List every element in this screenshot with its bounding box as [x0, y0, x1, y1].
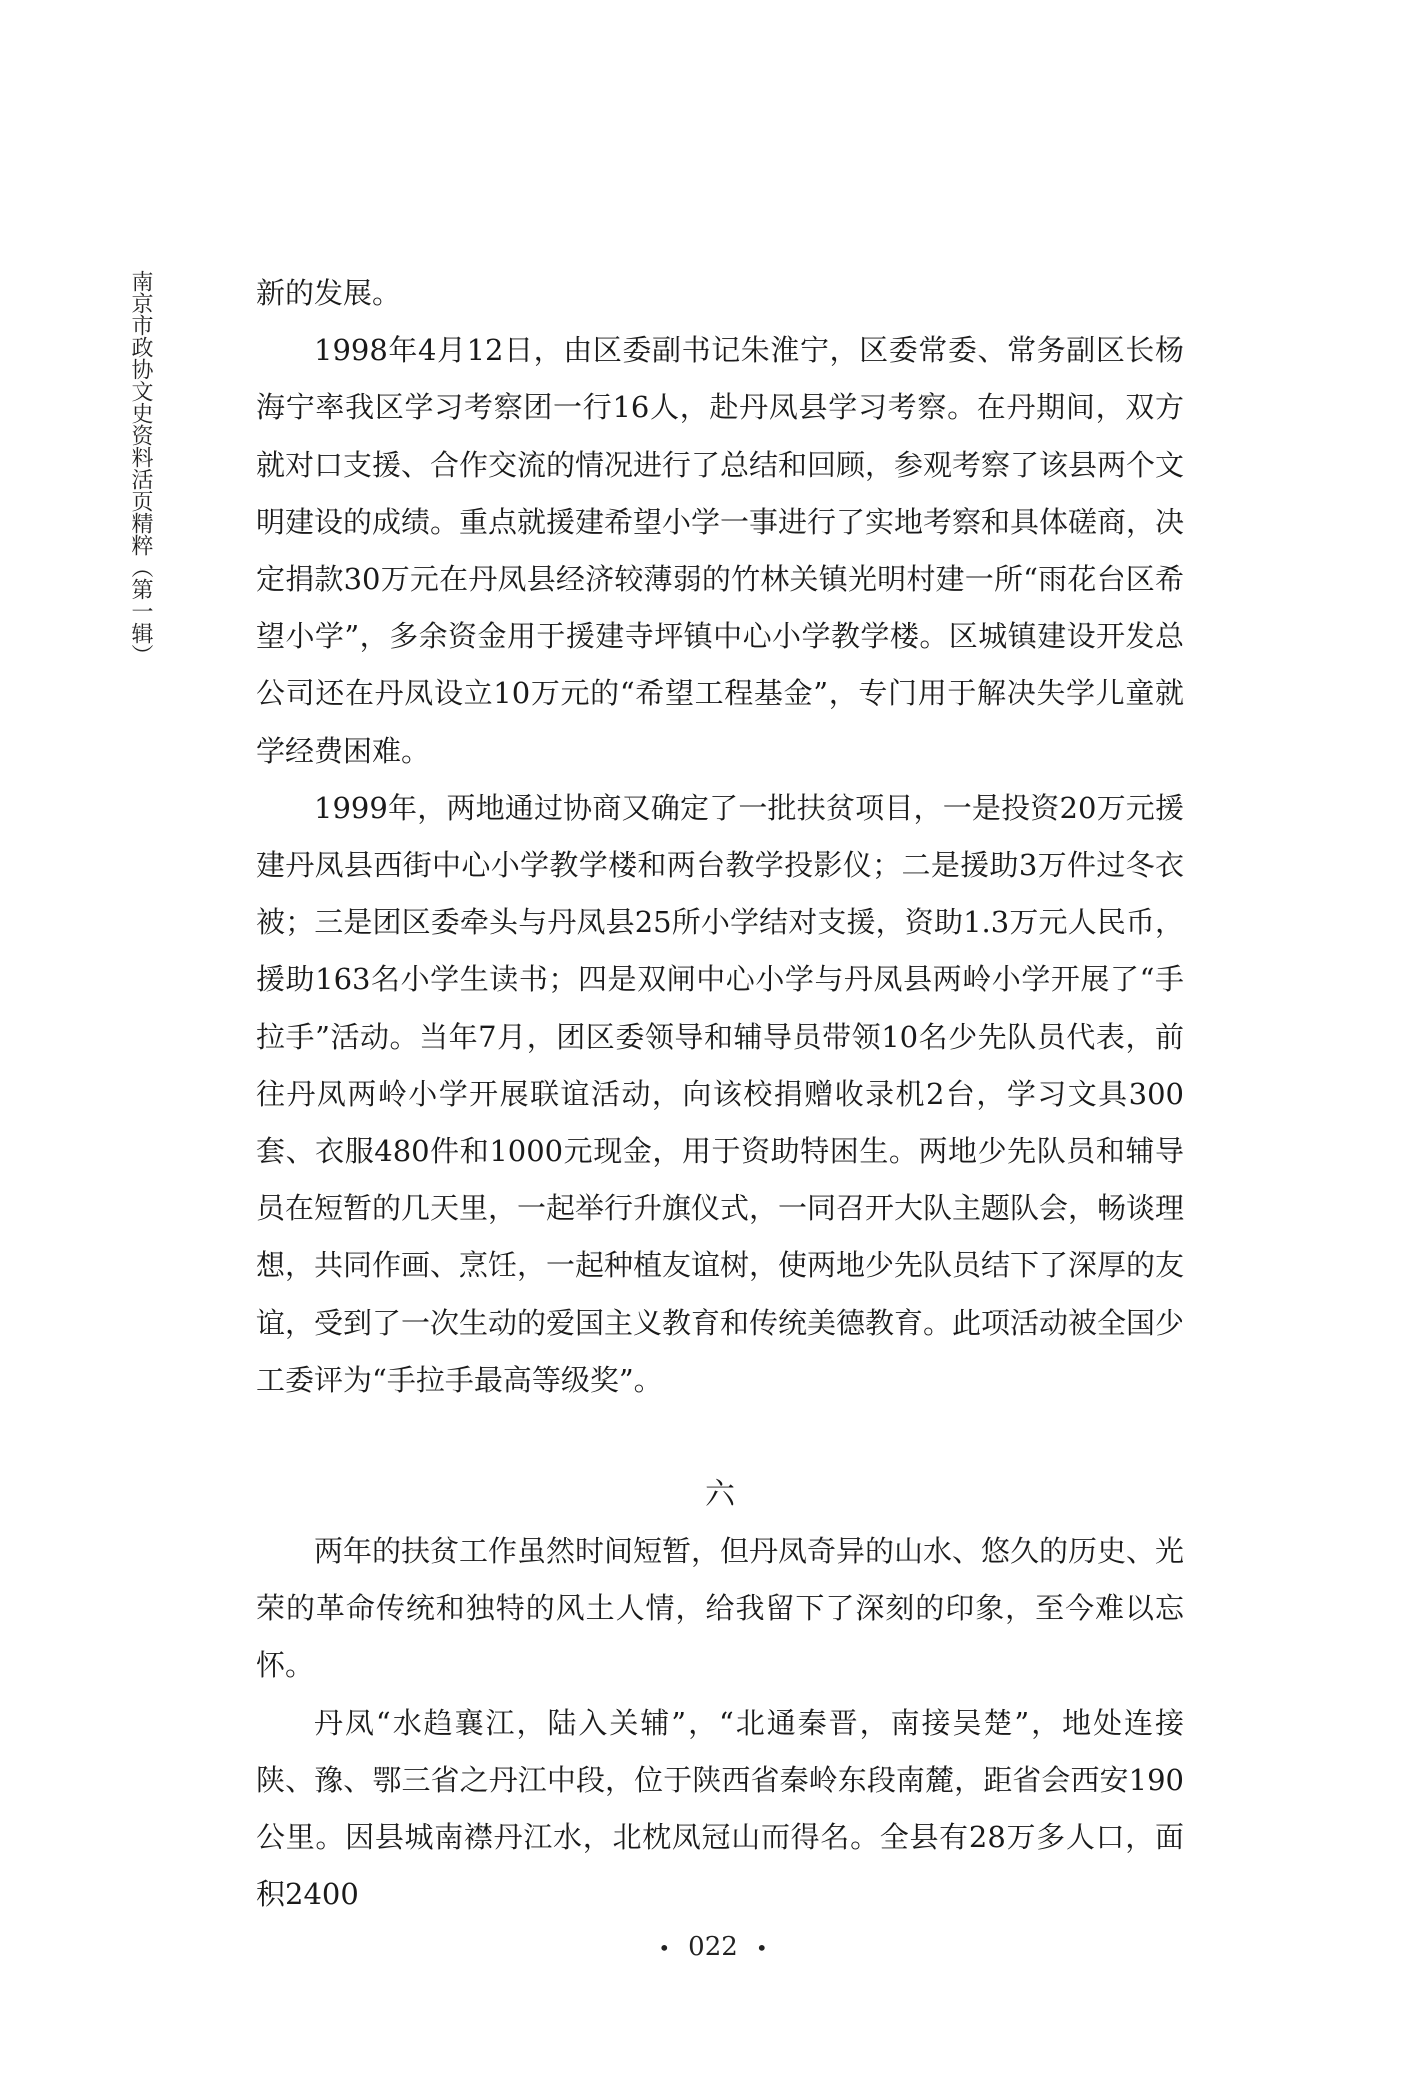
paragraph: 两年的扶贫工作虽然时间短暂，但丹凤奇异的山水、悠久的历史、光荣的革命传统和独特的… [256, 1523, 1184, 1695]
section-heading: 六 [256, 1466, 1184, 1523]
bullet-dot-icon: • [658, 1936, 670, 1960]
page-number-value: 022 [688, 1932, 738, 1962]
running-side-title: 南京市政协文史资料活页精粹（第一辑） [128, 270, 154, 666]
paragraph: 新的发展。 [256, 265, 1184, 322]
paragraph: 丹凤“水趋襄江，陆入关辅”，“北通秦晋，南接吴楚”，地处连接陕、豫、鄂三省之丹江… [256, 1695, 1184, 1924]
paragraph: 1998年4月12日，由区委副书记朱淮宁，区委常委、常务副区长杨海宁率我区学习考… [256, 322, 1184, 780]
page-number: •022• [0, 1932, 1426, 1962]
body-text: 新的发展。 1998年4月12日，由区委副书记朱淮宁，区委常委、常务副区长杨海宁… [256, 265, 1184, 1923]
bullet-dot-icon: • [756, 1936, 768, 1960]
paragraph: 1999年，两地通过协商又确定了一批扶贫项目，一是投资20万元援建丹凤县西街中心… [256, 780, 1184, 1409]
